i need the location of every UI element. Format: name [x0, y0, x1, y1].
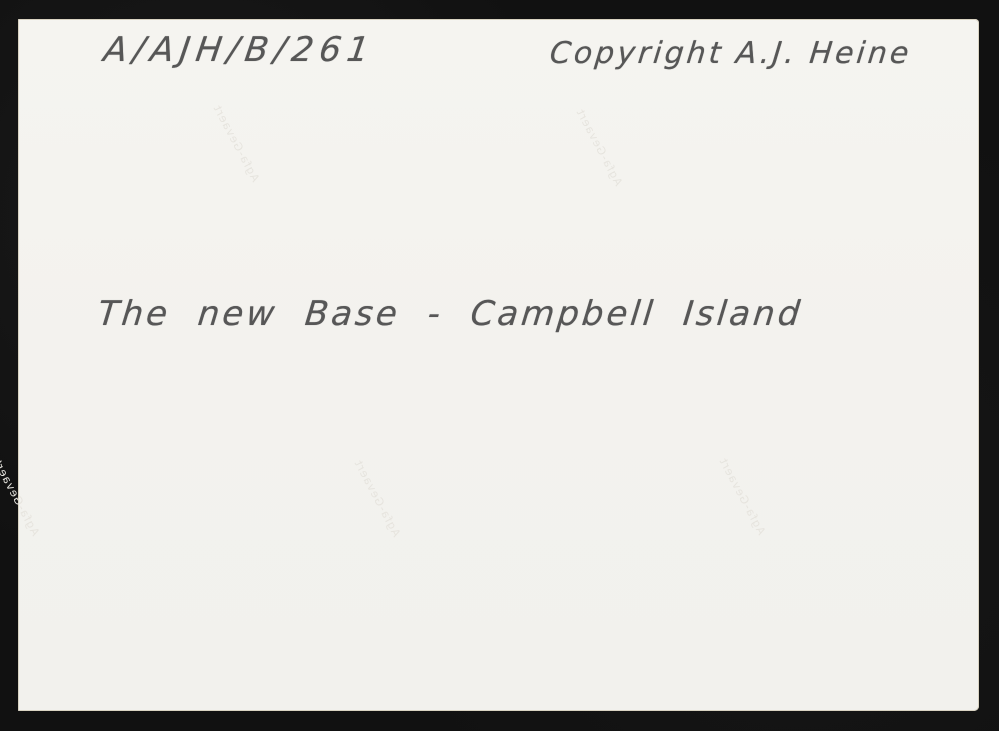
paper-watermark: Agfa-Gevaert	[716, 455, 768, 537]
paper-watermark: Agfa-Gevaert	[0, 456, 42, 538]
paper-watermark: Agfa-Gevaert	[210, 102, 262, 184]
paper-watermark: Agfa-Gevaert	[351, 457, 403, 539]
photo-card-verso: Agfa-Gevaert Agfa-Gevaert Agfa-Gevaert A…	[18, 19, 979, 711]
photo-background: Agfa-Gevaert Agfa-Gevaert Agfa-Gevaert A…	[0, 0, 999, 731]
copyright-inscription: Copyright A.J. Heine	[548, 36, 913, 71]
photo-caption: The new Base - Campbell Island	[96, 294, 805, 334]
paper-watermark: Agfa-Gevaert	[573, 106, 625, 188]
reference-number: A/AJH/B/261	[101, 30, 377, 70]
